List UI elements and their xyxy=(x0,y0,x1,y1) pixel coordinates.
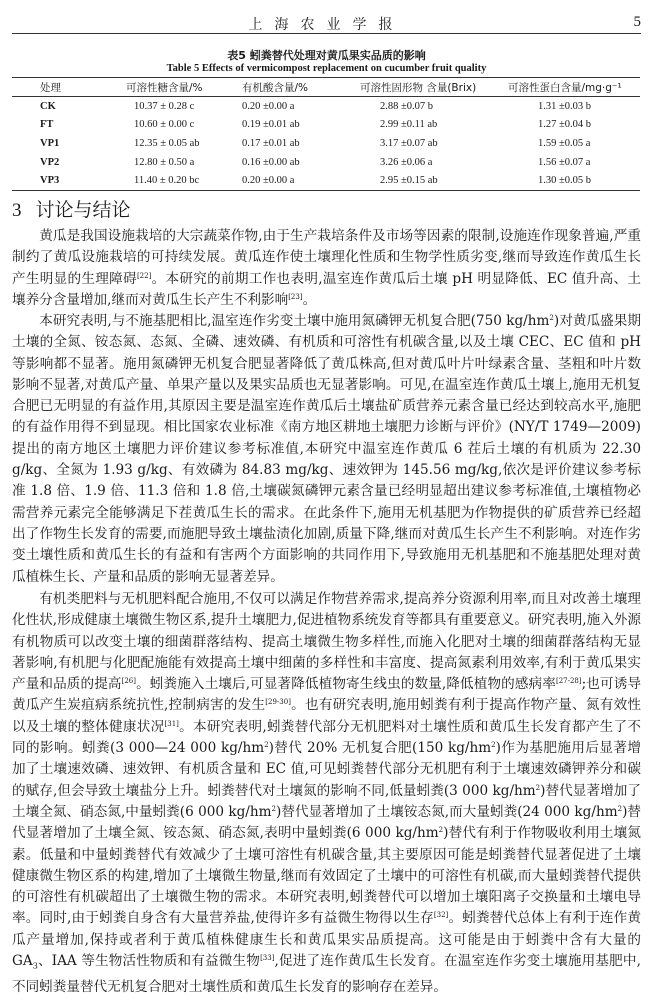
citation: [29-30] xyxy=(265,698,291,706)
page-number: 5 xyxy=(634,14,642,31)
table-row: VP1 12.35 ± 0.05 ab 0.17 ±0.01 ab 3.17 ±… xyxy=(12,134,640,153)
cell-organic-acid: 0.20 ±0.00 a xyxy=(242,97,360,116)
cell-soluble-protein: 1.31 ±0.03 b xyxy=(508,97,640,116)
cell-treatment: CK xyxy=(12,97,126,116)
cell-treatment: VP2 xyxy=(12,153,126,172)
citation: [23] xyxy=(288,293,302,301)
column-header-soluble-sugar: 可溶性糖含量/% xyxy=(126,78,242,97)
citation: [32] xyxy=(434,911,448,919)
section-number: 3 xyxy=(12,200,22,221)
column-header-soluble-solids: 可溶性固形物 含量(Brix) xyxy=(360,78,508,97)
superscript: 2 xyxy=(549,314,553,322)
cell-soluble-sugar: 10.37 ± 0.28 c xyxy=(126,97,242,116)
column-header-treatment: 处理 xyxy=(12,78,126,97)
superscript: 2 xyxy=(618,805,622,813)
cell-soluble-protein: 1.30 ±0.05 b xyxy=(508,171,640,190)
paragraph-text: )替代显著增加了土壤铵态氮,而大量蚓粪(24 000 kg/hm xyxy=(276,804,618,820)
table-caption-cn: 表5 蚓粪替代处理对黄瓜果实品质的影响 xyxy=(0,47,653,63)
table-row: CK 10.37 ± 0.28 c 0.20 ±0.00 a 2.88 ±0.0… xyxy=(12,97,640,116)
paragraph-2: 本研究表明,与不施基肥相比,温室连作劣变土壤中施用氮磷钾无机复合肥(750 kg… xyxy=(12,311,641,588)
citation: [22] xyxy=(137,272,151,280)
citation: [31] xyxy=(165,720,179,728)
paragraph-text: 。 xyxy=(303,292,317,308)
cell-treatment: VP3 xyxy=(12,171,126,190)
table-caption-en: Table 5 Effects of vermicompost replacem… xyxy=(0,63,653,74)
paragraph-text: 。蚓粪施入土壤后,可显著降低植物寄生线虫的数量,降低植物的感病率 xyxy=(136,676,556,692)
cell-soluble-protein: 1.27 ±0.04 b xyxy=(508,116,640,135)
fruit-quality-table: 处理 可溶性糖含量/% 有机酸含量/% 可溶性固形物 含量(Brix) 可溶性蛋… xyxy=(12,77,640,191)
superscript: 2 xyxy=(536,784,540,792)
citation: [27-28] xyxy=(556,677,582,685)
paragraph-text: )对黄瓜盛果期土壤的全氮、铵态氮、态氮、全磷、速效磷、有机质和可溶性有机碳含量,… xyxy=(12,313,641,585)
superscript: 2 xyxy=(272,805,276,813)
table-row: FT 10.60 ± 0.00 c 0.19 ±0.01 ab 2.99 ±0.… xyxy=(12,116,640,135)
cell-soluble-sugar: 12.35 ± 0.05 ab xyxy=(126,134,242,153)
cell-soluble-solids: 2.99 ±0.11 ab xyxy=(360,116,508,135)
header-rule xyxy=(12,33,641,34)
cell-organic-acid: 0.19 ±0.01 ab xyxy=(242,116,360,135)
paragraph-3: 有机类肥料与无机肥料配合施用,不仅可以满足作物营养需求,提高养分资源利用率,而且… xyxy=(12,589,641,998)
superscript: 2 xyxy=(491,741,495,749)
section-title: 讨论与结论 xyxy=(36,199,131,221)
cell-organic-acid: 0.17 ±0.01 ab xyxy=(242,134,360,153)
cell-treatment: FT xyxy=(12,116,126,135)
paragraph-text: )替代 20% 无机复合肥(150 kg/hm xyxy=(269,740,492,756)
cell-soluble-protein: 1.59 ±0.05 a xyxy=(508,134,640,153)
cell-soluble-solids: 2.88 ±0.07 b xyxy=(360,97,508,116)
cell-soluble-sugar: 12.80 ± 0.50 a xyxy=(126,153,242,172)
cell-organic-acid: 0.16 ±0.00 ab xyxy=(242,153,360,172)
superscript: 2 xyxy=(439,826,443,834)
cell-treatment: VP1 xyxy=(12,134,126,153)
column-header-organic-acid: 有机酸含量/% xyxy=(242,78,360,97)
cell-organic-acid: 0.20 ±0.00 a xyxy=(242,171,360,190)
cell-soluble-solids: 3.26 ±0.06 a xyxy=(360,153,508,172)
paragraph-1: 黄瓜是我国设施栽培的大宗蔬菜作物,由于生产栽培条件及市场等因素的限制,设施连作现… xyxy=(12,226,641,311)
table-row: VP2 12.80 ± 0.50 a 0.16 ±0.00 ab 3.26 ±0… xyxy=(12,153,640,172)
cell-soluble-sugar: 10.60 ± 0.00 c xyxy=(126,116,242,135)
section-heading: 3讨论与结论 xyxy=(12,195,131,222)
paragraph-text: 、IAA 等生物活性物质和有益微生物 xyxy=(38,953,260,969)
table-row: VP3 11.40 ± 0.20 bc 0.20 ±0.00 a 2.95 ±0… xyxy=(12,171,640,190)
citation: [26] xyxy=(122,677,136,685)
table-header-row: 处理 可溶性糖含量/% 有机酸含量/% 可溶性固形物 含量(Brix) 可溶性蛋… xyxy=(12,78,640,97)
cell-soluble-sugar: 11.40 ± 0.20 bc xyxy=(126,171,242,190)
running-head: 上海农业学报 5 xyxy=(12,6,641,34)
paragraph-text: 本研究表明,与不施基肥相比,温室连作劣变土壤中施用氮磷钾无机复合肥(750 kg… xyxy=(39,313,549,329)
column-header-soluble-protein: 可溶性蛋白含量/mg·g⁻¹ xyxy=(508,78,640,97)
cell-soluble-protein: 1.56 ±0.07 a xyxy=(508,153,640,172)
cell-soluble-solids: 3.17 ±0.07 ab xyxy=(360,134,508,153)
citation: [33] xyxy=(260,954,274,962)
superscript: 2 xyxy=(264,741,268,749)
journal-name: 上海农业学报 xyxy=(12,14,641,34)
cell-soluble-solids: 2.95 ±0.15 ab xyxy=(360,171,508,190)
